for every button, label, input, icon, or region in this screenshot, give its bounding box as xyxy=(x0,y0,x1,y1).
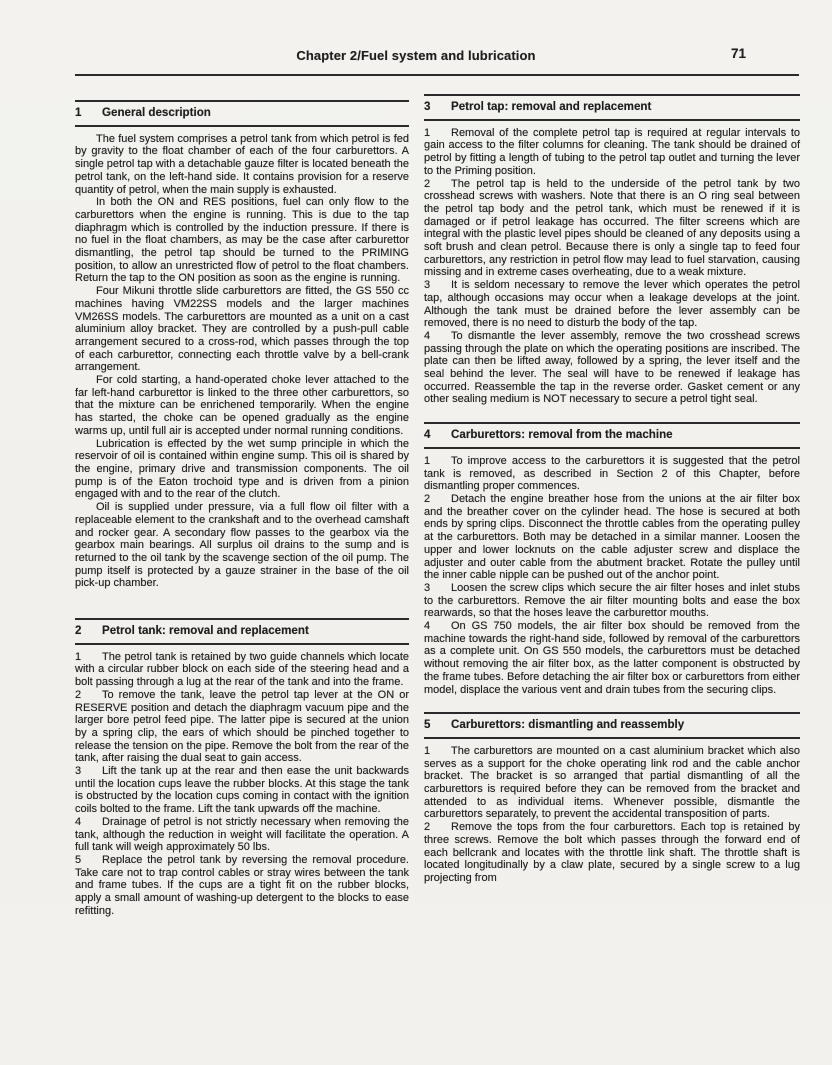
section-number: 3 xyxy=(424,101,451,114)
step-number: 1 xyxy=(424,127,451,140)
step-paragraph: 3Loosen the screw clips which secure the… xyxy=(424,582,800,620)
step-text: It is seldom necessary to remove the lev… xyxy=(424,279,800,329)
step-text: Replace the petrol tank by reversing the… xyxy=(75,854,409,917)
step-text: The petrol tank is retained by two guide… xyxy=(75,651,409,688)
step-paragraph: 2Detach the engine breather hose from th… xyxy=(424,493,800,582)
step-paragraph: 2To remove the tank, leave the petrol ta… xyxy=(75,689,409,765)
section-title: Petrol tap: removal and replacement xyxy=(451,100,651,113)
step-paragraph: 4Drainage of petrol is not strictly nece… xyxy=(75,816,409,854)
paragraph: Four Mikuni throttle slide carburettors … xyxy=(75,285,409,374)
chapter-header: Chapter 2/Fuel system and lubrication xyxy=(0,48,832,63)
step-text: The carburettors are mounted on a cast a… xyxy=(424,745,800,821)
section-heading-carburettors-removal: 4Carburettors: removal from the machine xyxy=(424,422,800,449)
section-number: 4 xyxy=(424,429,451,442)
step-paragraph: 4To dismantle the lever assembly, remove… xyxy=(424,330,800,406)
step-paragraph: 2Remove the tops from the four carburett… xyxy=(424,821,800,885)
step-text: Loosen the screw clips which secure the … xyxy=(424,582,800,619)
step-text: The petrol tap is held to the underside … xyxy=(424,178,800,279)
step-text: On GS 750 models, the air filter box sho… xyxy=(424,620,800,696)
section-number: 1 xyxy=(75,107,102,120)
section-heading-petrol-tank: 2Petrol tank: removal and replacement xyxy=(75,618,409,645)
step-paragraph: 5Replace the petrol tank by reversing th… xyxy=(75,854,409,918)
step-paragraph: 1The carburettors are mounted on a cast … xyxy=(424,745,800,821)
paragraph: In both the ON and RES positions, fuel c… xyxy=(75,196,409,285)
section-heading-carburettors-dismantling: 5Carburettors: dismantling and reassembl… xyxy=(424,712,800,739)
paragraph: Oil is supplied under pressure, via a fu… xyxy=(75,501,409,590)
section-title: Petrol tank: removal and replacement xyxy=(102,624,309,637)
step-text: Lift the tank up at the rear and then ea… xyxy=(75,765,409,815)
step-paragraph: 1To improve access to the carburettors i… xyxy=(424,455,800,493)
step-number: 1 xyxy=(75,651,102,664)
step-number: 4 xyxy=(75,816,102,829)
section-title: Carburettors: removal from the machine xyxy=(451,428,673,441)
step-text: To dismantle the lever assembly, remove … xyxy=(424,330,800,406)
step-paragraph: 3It is seldom necessary to remove the le… xyxy=(424,279,800,330)
step-number: 2 xyxy=(424,178,451,191)
manual-page: Chapter 2/Fuel system and lubrication 71… xyxy=(0,0,832,1065)
paragraph: The fuel system comprises a petrol tank … xyxy=(75,133,409,197)
header-rule xyxy=(75,74,799,76)
paragraph: Lubrication is effected by the wet sump … xyxy=(75,438,409,502)
step-number: 4 xyxy=(424,330,451,343)
section-heading-general-description: 1General description xyxy=(75,100,409,127)
step-paragraph: 3Lift the tank up at the rear and then e… xyxy=(75,765,409,816)
step-paragraph: 2The petrol tap is held to the underside… xyxy=(424,178,800,280)
section-heading-petrol-tap: 3Petrol tap: removal and replacement xyxy=(424,94,800,121)
step-text: To improve access to the carburettors it… xyxy=(424,455,800,492)
step-paragraph: 1Removal of the complete petrol tap is r… xyxy=(424,127,800,178)
step-number: 2 xyxy=(424,821,451,834)
step-number: 1 xyxy=(424,455,451,468)
right-column: 3Petrol tap: removal and replacement 1Re… xyxy=(424,94,800,885)
step-number: 2 xyxy=(75,689,102,702)
step-text: Removal of the complete petrol tap is re… xyxy=(424,127,800,177)
step-text: Remove the tops from the four carburetto… xyxy=(424,821,800,884)
section-number: 5 xyxy=(424,719,451,732)
step-number: 3 xyxy=(424,279,451,292)
step-number: 5 xyxy=(75,854,102,867)
step-text: Drainage of petrol is not strictly neces… xyxy=(75,816,409,853)
step-number: 4 xyxy=(424,620,451,633)
step-number: 2 xyxy=(424,493,451,506)
step-number: 3 xyxy=(424,582,451,595)
step-text: To remove the tank, leave the petrol tap… xyxy=(75,689,409,765)
section-title: General description xyxy=(102,106,211,119)
section-title: Carburettors: dismantling and reassembly xyxy=(451,718,684,731)
step-paragraph: 1The petrol tank is retained by two guid… xyxy=(75,651,409,689)
paragraph: For cold starting, a hand-operated choke… xyxy=(75,374,409,438)
step-number: 1 xyxy=(424,745,451,758)
page-number: 71 xyxy=(731,46,746,61)
section-number: 2 xyxy=(75,625,102,638)
step-paragraph: 4On GS 750 models, the air filter box sh… xyxy=(424,620,800,696)
step-text: Detach the engine breather hose from the… xyxy=(424,493,800,581)
step-number: 3 xyxy=(75,765,102,778)
left-column: 1General description The fuel system com… xyxy=(75,100,409,917)
